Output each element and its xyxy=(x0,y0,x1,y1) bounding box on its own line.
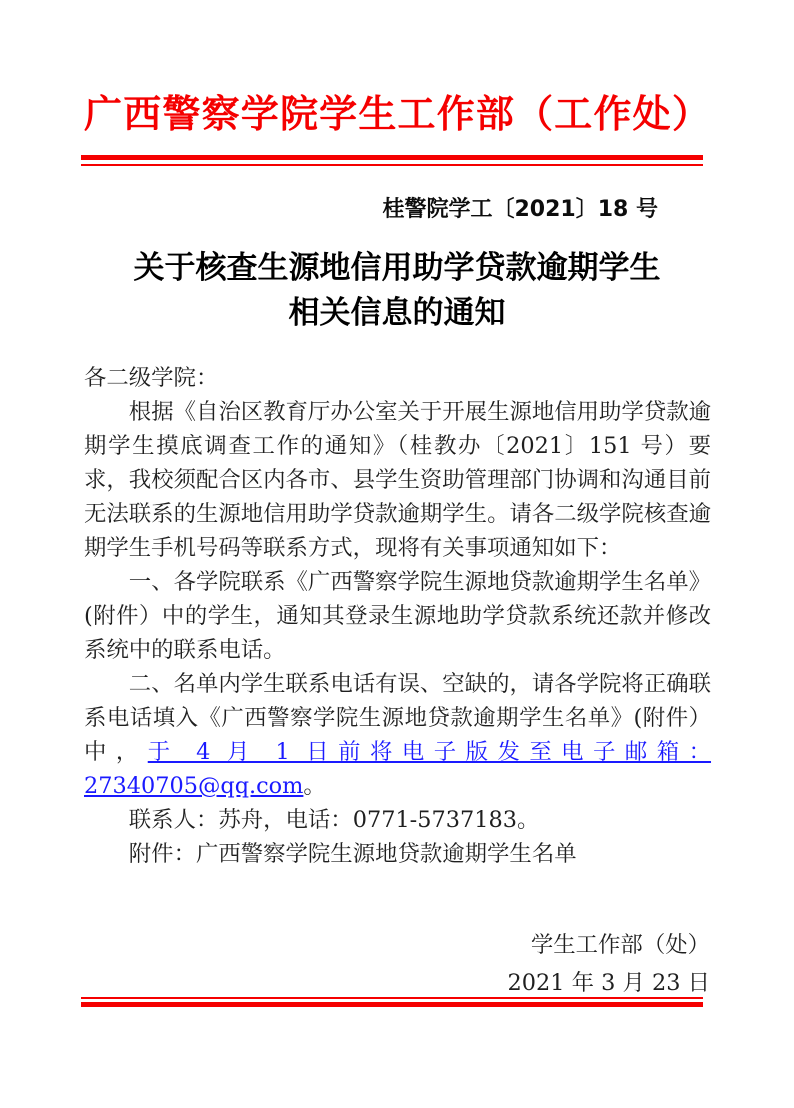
rule-thick-line xyxy=(81,1002,703,1007)
signature-block: 学生工作部（处） 2021 年 3 月 23 日 xyxy=(508,926,710,1002)
document-number: 桂警院学工〔2021〕18 号 xyxy=(382,192,658,223)
masthead-divider-rule xyxy=(81,155,703,166)
paragraph-item-2: 二、名单内学生联系电话有误、空缺的，请各学院将正确联系电话填入《广西警察学院生源… xyxy=(84,667,711,803)
paragraph-basis: 根据《自治区教育厅办公室关于开展生源地信用助学贷款逾期学生摸底调查工作的通知》（… xyxy=(84,395,711,565)
notice-title-line2: 相关信息的通知 xyxy=(0,291,794,336)
notice-title: 关于核查生源地信用助学贷款逾期学生 相关信息的通知 xyxy=(0,246,794,336)
email-deadline-link[interactable]: 于 4 月 1 日前将电子版发至电子邮箱：27340705@qq.com xyxy=(84,739,711,799)
document-page: 广西警察学院学生工作部（工作处） 桂警院学工〔2021〕18 号 关于核查生源地… xyxy=(0,0,794,1108)
footer-divider-rule xyxy=(81,997,703,1007)
notice-title-line1: 关于核查生源地信用助学贷款逾期学生 xyxy=(0,246,794,291)
rule-thin-line xyxy=(81,164,703,166)
paragraph-item-1: 一、各学院联系《广西警察学院生源地贷款逾期学生名单》(附件）中的学生，通知其登录… xyxy=(84,565,711,667)
notice-body: 各二级学院： 根据《自治区教育厅办公室关于开展生源地信用助学贷款逾期学生摸底调查… xyxy=(84,361,711,871)
signature-org: 学生工作部（处） xyxy=(508,926,710,964)
contact-line: 联系人：苏舟，电话：0771-5737183。 xyxy=(84,803,711,837)
attachment-line: 附件：广西警察学院生源地贷款逾期学生名单 xyxy=(84,837,711,871)
masthead-title: 广西警察学院学生工作部（工作处） xyxy=(84,90,710,138)
paragraph-item-2-period: 。 xyxy=(303,773,325,799)
salutation: 各二级学院： xyxy=(84,361,711,395)
